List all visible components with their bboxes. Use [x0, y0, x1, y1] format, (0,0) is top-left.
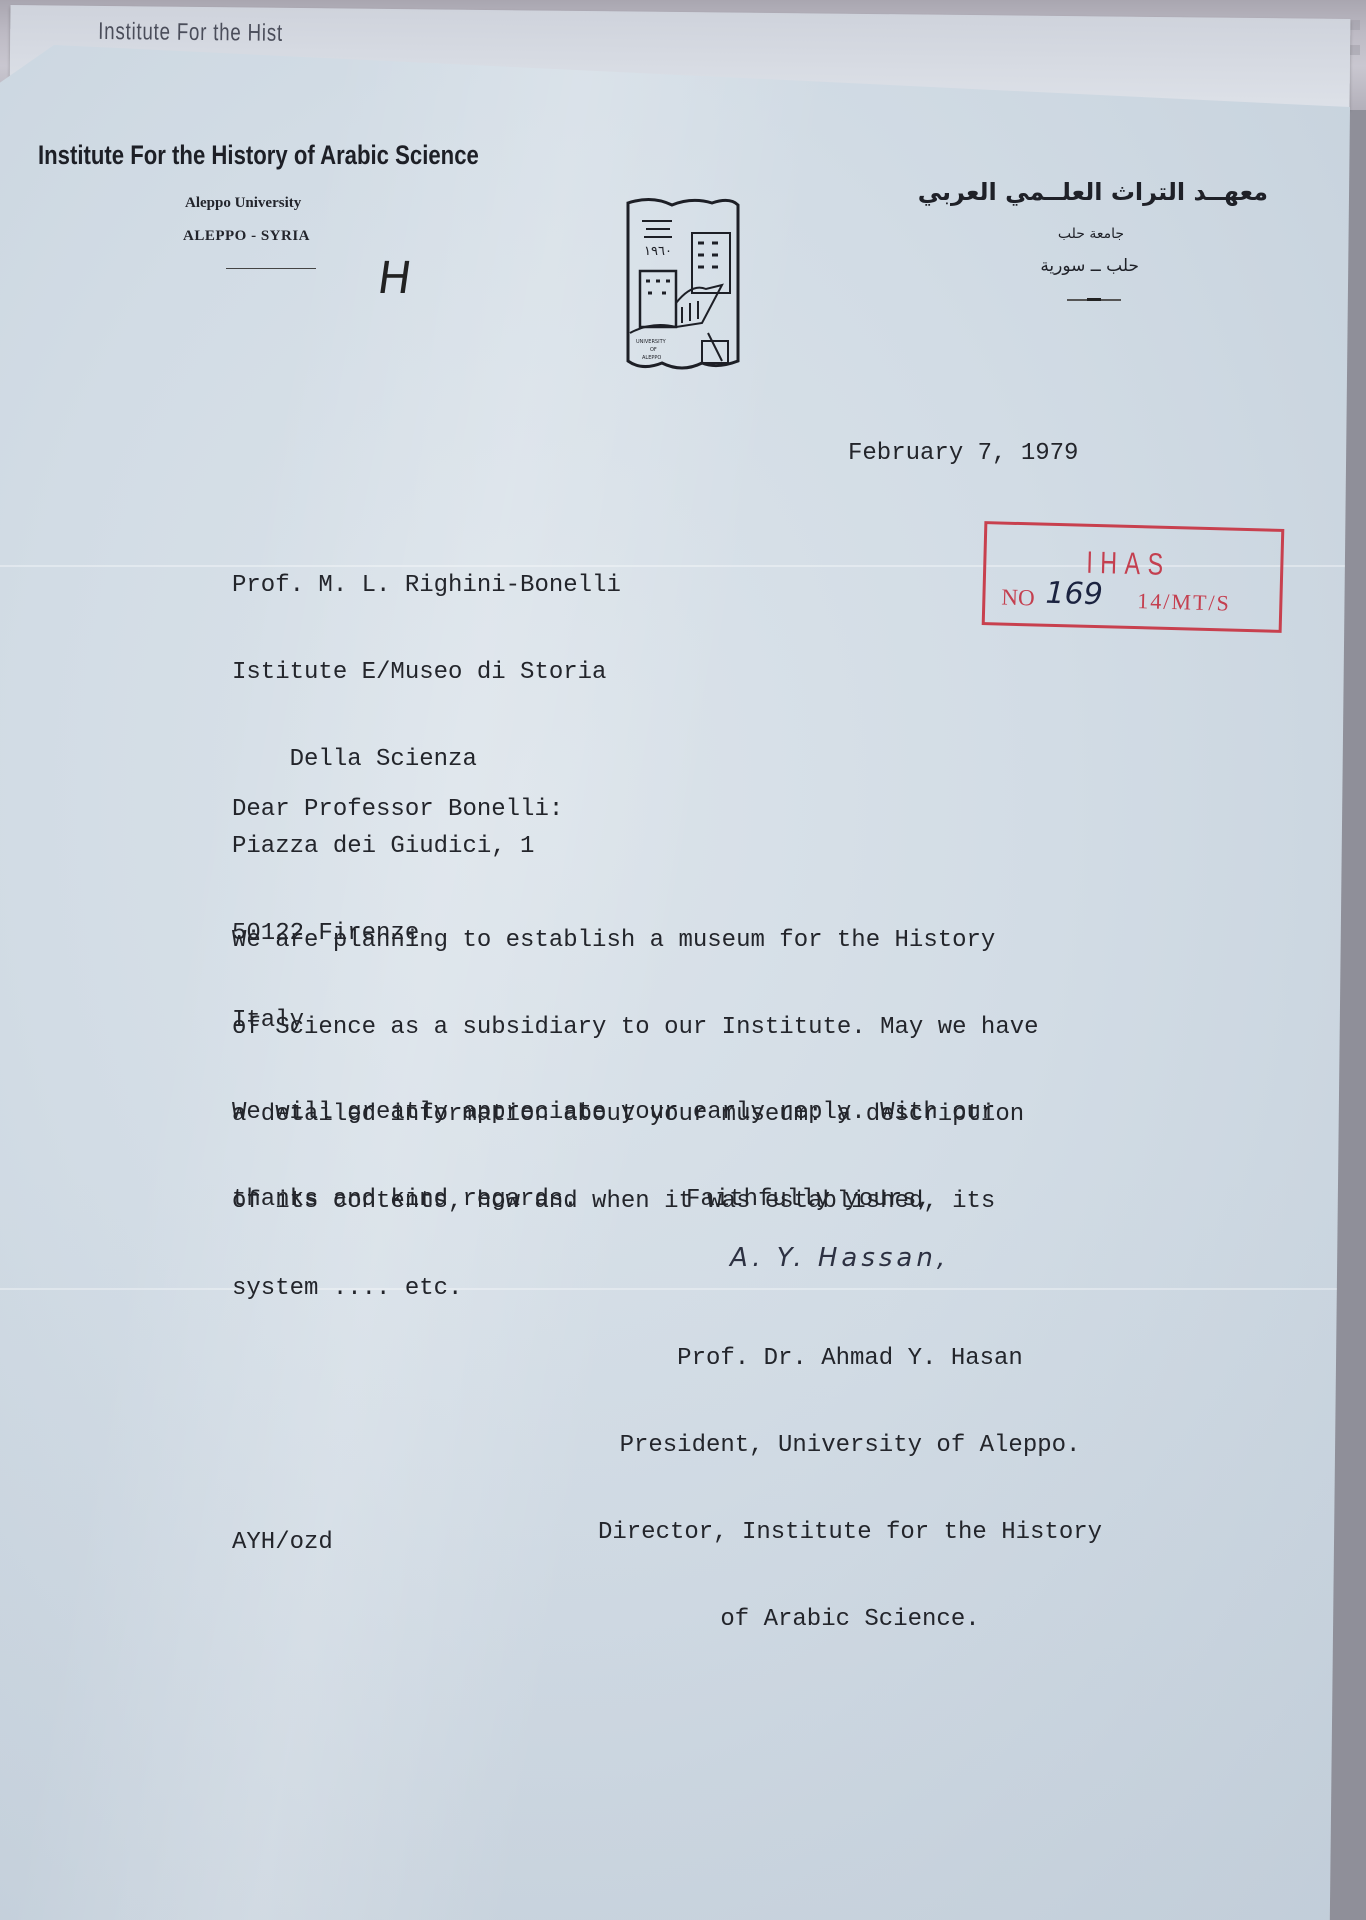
- signatory-line: Prof. Dr. Ahmad Y. Hasan: [550, 1344, 1150, 1373]
- letterhead-arabic-divider: [1067, 299, 1121, 301]
- svg-text:UNIVERSITY: UNIVERSITY: [636, 339, 667, 345]
- body-line: We are planning to establish a museum fo…: [232, 926, 1039, 955]
- address-line: Prof. M. L. Righini-Bonelli: [232, 571, 621, 600]
- letterhead-arabic-university: جامعة حلب: [1058, 226, 1124, 242]
- address-line: Della Scienza: [232, 745, 621, 774]
- handwritten-signature: A. Y. Hassan,: [730, 1243, 949, 1273]
- stamp-number-label: NO: [1001, 585, 1035, 612]
- stamp-handwritten-number: 169: [1045, 576, 1103, 612]
- svg-text:١٩٦٠: ١٩٦٠: [644, 244, 672, 259]
- letterhead-university: Aleppo University: [185, 195, 301, 212]
- letterhead-institute-name: Institute For the History of Arabic Scie…: [38, 140, 479, 171]
- signatory-block: Prof. Dr. Ahmad Y. Hasan President, Univ…: [550, 1286, 1150, 1663]
- closing: Faithfully yours,: [686, 1185, 931, 1214]
- letterhead-city: ALEPPO - SYRIA: [183, 228, 310, 245]
- stamp-code: 14/MT/S: [1137, 588, 1231, 616]
- letterhead-arabic-institute-name: معهــد التراث العلــمي العربي: [918, 178, 1268, 206]
- letterhead-divider: [226, 268, 316, 269]
- body-line: We will greatly appreciate your early re…: [232, 1098, 995, 1127]
- background-sheet-title: Institute For the Hist: [98, 18, 283, 48]
- address-line: Piazza dei Giudici, 1: [232, 832, 621, 861]
- salutation: Dear Professor Bonelli:: [232, 795, 563, 824]
- letter-date: February 7, 1979: [848, 439, 1078, 468]
- signatory-line: President, University of Aleppo.: [550, 1431, 1150, 1460]
- letterhead-arabic-city: حلب ــ سورية: [1040, 256, 1139, 276]
- address-line: Istitute E/Museo di Storia: [232, 658, 621, 687]
- svg-text:OF: OF: [650, 347, 657, 353]
- signatory-line: Director, Institute for the History: [550, 1518, 1150, 1547]
- body-line: of Science as a subsidiary to our Instit…: [232, 1013, 1039, 1042]
- registration-stamp: IHAS NO 169 14/MT/S: [982, 521, 1285, 633]
- reference-initials: AYH/ozd: [232, 1528, 333, 1557]
- svg-text:ALEPPO: ALEPPO: [642, 355, 661, 361]
- university-crest-icon: ١٩٦٠ UNIVERSITY OF ALEPPO: [622, 193, 744, 373]
- signatory-line: of Arabic Science.: [550, 1605, 1150, 1634]
